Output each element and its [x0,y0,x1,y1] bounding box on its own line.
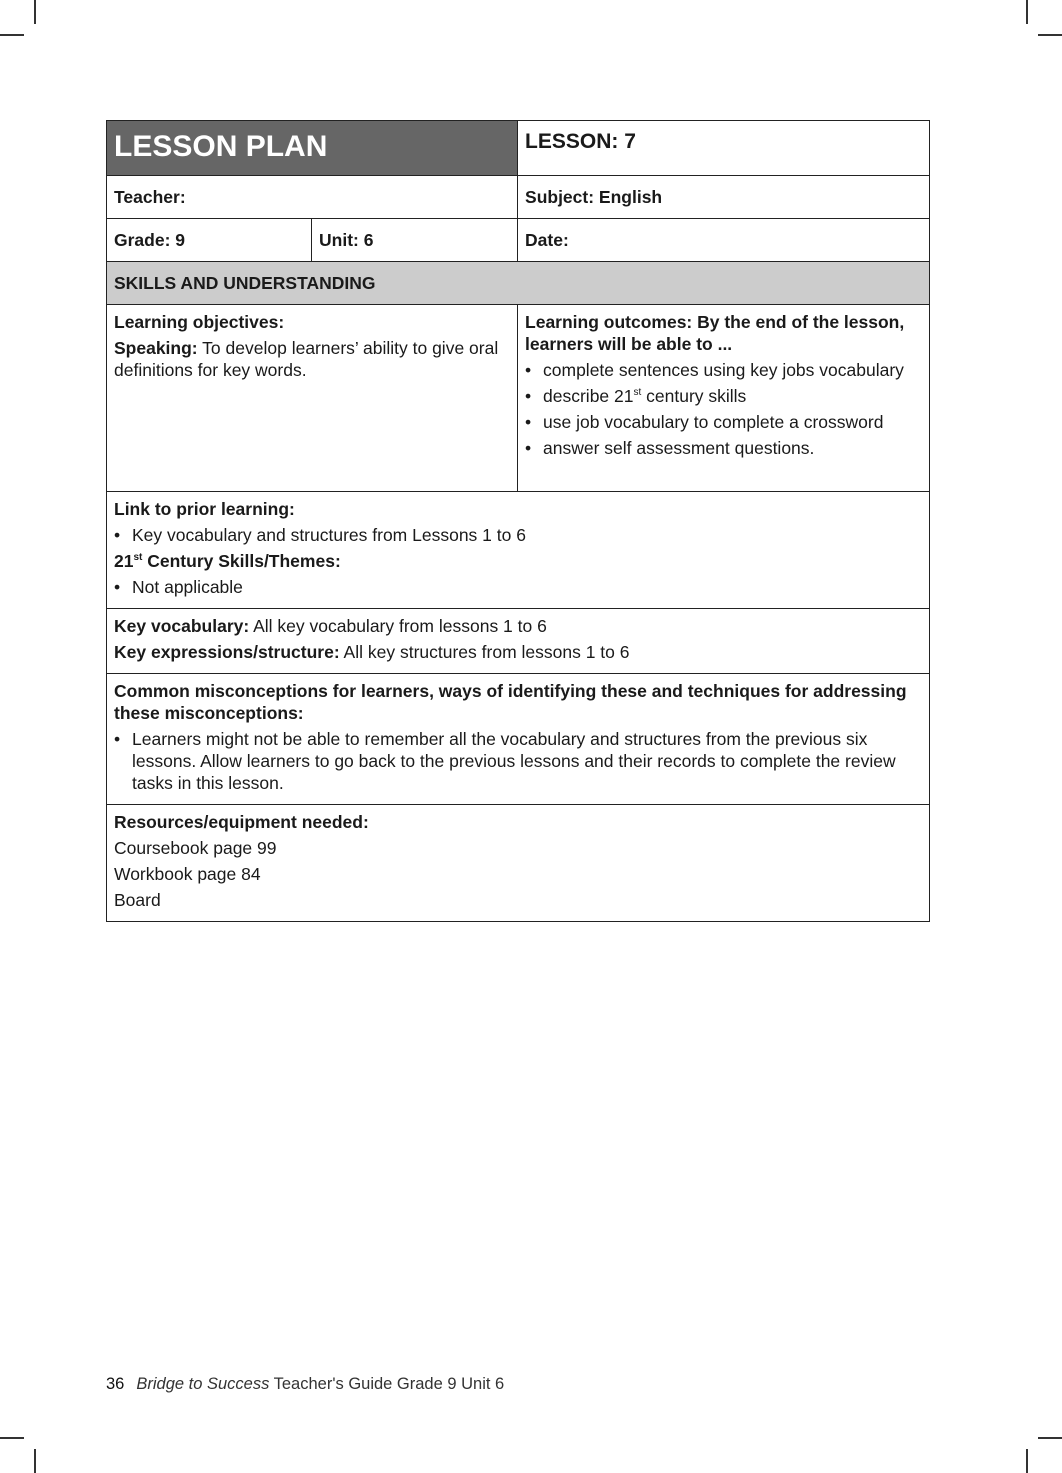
footer-text: Teacher's Guide Grade 9 Unit 6 [269,1375,504,1393]
list-item: use job vocabulary to complete a crosswo… [525,411,922,433]
learning-outcomes-cell: Learning outcomes: By the end of the les… [518,305,930,492]
book-title: Bridge to Success [136,1375,269,1393]
teacher-field: Teacher: [107,176,518,219]
objectives-text: Speaking: To develop learners’ ability t… [114,337,510,381]
misconceptions-heading: Common misconceptions for learners, ways… [114,680,922,724]
list-item: Learners might not be able to remember a… [114,728,922,794]
list-item: Workbook page 84 [114,863,922,885]
learning-objectives-cell: Learning objectives: Speaking: To develo… [107,305,518,492]
outcomes-list: complete sentences using key jobs vocabu… [525,359,922,459]
key-expressions: Key expressions/structure: All key struc… [114,641,922,663]
prior-heading: Link to prior learning: [114,498,922,520]
resources-heading: Resources/equipment needed: [114,811,922,833]
objectives-heading: Learning objectives: [114,311,510,333]
prior-list: Key vocabulary and structures from Lesso… [114,524,922,546]
outcomes-heading: Learning outcomes: By the end of the les… [525,311,922,355]
list-item: complete sentences using key jobs vocabu… [525,359,922,381]
misconceptions-list: Learners might not be able to remember a… [114,728,922,794]
skills-themes-heading: 21st Century Skills/Themes: [114,550,922,572]
crop-mark [1026,0,1028,24]
section-band: SKILLS AND UNDERSTANDING [107,262,930,305]
list-item: Not applicable [114,576,922,598]
list-item: Coursebook page 99 [114,837,922,859]
resources-list: Coursebook page 99Workbook page 84Board [114,837,922,911]
crop-mark [1038,1437,1062,1439]
misconceptions-cell: Common misconceptions for learners, ways… [107,674,930,805]
page-number: 36 [106,1375,124,1393]
key-vocabulary: Key vocabulary: All key vocabulary from … [114,615,922,637]
lesson-plan-table: LESSON PLAN LESSON: 7 Teacher: Subject: … [106,120,930,922]
crop-mark [34,1449,36,1473]
page-footer: 36Bridge to Success Teacher's Guide Grad… [106,1375,504,1394]
list-item: describe 21st century skills [525,385,922,407]
list-item: answer self assessment questions. [525,437,922,459]
crop-mark [0,34,24,36]
list-item: Board [114,889,922,911]
unit-field: Unit: 6 [312,219,518,262]
crop-mark [34,0,36,24]
resources-cell: Resources/equipment needed: Coursebook p… [107,805,930,922]
prior-learning-cell: Link to prior learning: Key vocabulary a… [107,492,930,609]
grade-field: Grade: 9 [107,219,312,262]
crop-mark [1026,1449,1028,1473]
skills-themes-list: Not applicable [114,576,922,598]
lesson-plan-title: LESSON PLAN [107,121,518,176]
crop-mark [0,1437,24,1439]
list-item: Key vocabulary and structures from Lesso… [114,524,922,546]
date-field: Date: [518,219,930,262]
lesson-number: LESSON: 7 [518,121,930,176]
subject-field: Subject: English [518,176,930,219]
crop-mark [1038,34,1062,36]
key-vocabulary-cell: Key vocabulary: All key vocabulary from … [107,609,930,674]
